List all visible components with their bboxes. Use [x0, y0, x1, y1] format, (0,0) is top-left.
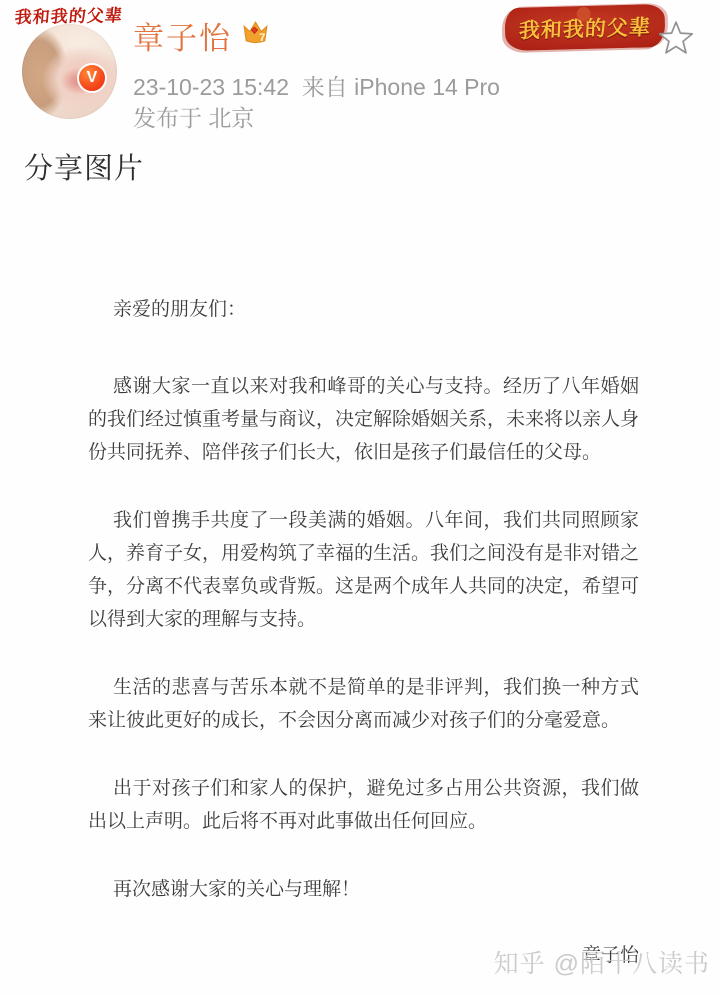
username[interactable]: 章子怡 [133, 13, 232, 58]
vip-crown-icon[interactable]: 7 [240, 17, 271, 48]
letter-image[interactable]: 亲爱的朋友们： 感谢大家一直以来对我和峰哥的关心与支持。经历了八年婚姻的我们经过… [88, 293, 639, 972]
letter-paragraph: 出于对孩子们和家人的保护，避免过多占用公共资源，我们做出以上声明。此后将不再对此… [88, 772, 639, 838]
verified-badge: V [77, 63, 107, 93]
letter-paragraph: 感谢大家一直以来对我和峰哥的关心与支持。经历了八年婚姻的我们经过慎重考量与商议，… [88, 370, 639, 469]
post-content: 分享图片 [24, 146, 144, 187]
letter-paragraph: 再次感谢大家的关心与理解！ [88, 873, 639, 906]
letter-salutation: 亲爱的朋友们： [88, 293, 639, 326]
movie-logo-overlay-text: 我和我的父辈 [14, 1, 131, 28]
movie-promo-banner-text: 我和我的父辈 [518, 11, 651, 44]
letter-paragraph: 生活的悲喜与苦乐本就不是简单的是非评判，我们换一种方式来让彼此更好的成长，不会因… [88, 671, 639, 737]
post-location: 发布于 北京 [133, 100, 254, 133]
weibo-post-page: 我和我的父辈 V 章子怡 7 23-10-23 15:42 来自 iPhone … [0, 0, 720, 995]
zhihu-watermark: 知乎 @陌十八读书 [494, 944, 710, 980]
post-timestamp-source: 23-10-23 15:42 来自 iPhone 14 Pro [133, 69, 500, 102]
letter-paragraph: 我们曾携手共度了一段美满的婚姻。八年间，我们共同照顾家人，养育子女，用爱构筑了幸… [88, 504, 639, 636]
favorite-star-icon[interactable] [657, 19, 695, 57]
movie-promo-banner[interactable]: 我和我的父辈 [504, 4, 665, 51]
vip-level-number: 7 [259, 32, 265, 44]
